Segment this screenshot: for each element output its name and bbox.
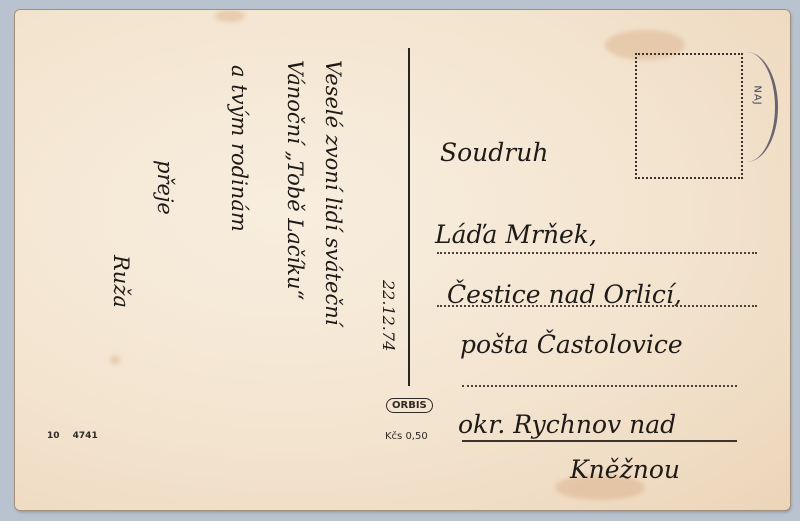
- address-line-3: [462, 385, 737, 387]
- address-district-cont: Kněžnou: [570, 455, 680, 484]
- message-line-3: a tvým rodinám: [227, 65, 251, 232]
- address-line-1: [437, 252, 757, 254]
- address-line-2: [437, 305, 757, 307]
- address-salutation: Soudruh: [440, 138, 548, 167]
- catalog-code: 10 4741: [47, 431, 98, 441]
- stain: [215, 10, 245, 22]
- address-line-4: [462, 440, 737, 442]
- postmark: [715, 52, 778, 162]
- message-signature: Ruža: [109, 255, 133, 308]
- address-name: Láďa Mrňek,: [435, 220, 597, 249]
- address-district: okr. Rychnov nad: [458, 410, 676, 439]
- message-line-4: přeje: [153, 160, 177, 215]
- stain: [110, 355, 120, 365]
- message-line-2: Vánoční „Tobě Lačíku“: [283, 60, 307, 300]
- postmark-text: NAJ: [752, 85, 763, 105]
- publisher-logo: ORBIS: [386, 398, 433, 413]
- postcard-back: NAJ Veselé zvoní lidí sváteční Vánoční „…: [15, 10, 790, 510]
- message-line-1: Veselé zvoní lidí sváteční: [321, 60, 345, 325]
- address-post: pošta Častolovice: [460, 330, 683, 359]
- price-label: Kčs 0,50: [385, 431, 428, 442]
- message-date: 22.12.74: [379, 280, 398, 351]
- divider-line: [408, 48, 410, 386]
